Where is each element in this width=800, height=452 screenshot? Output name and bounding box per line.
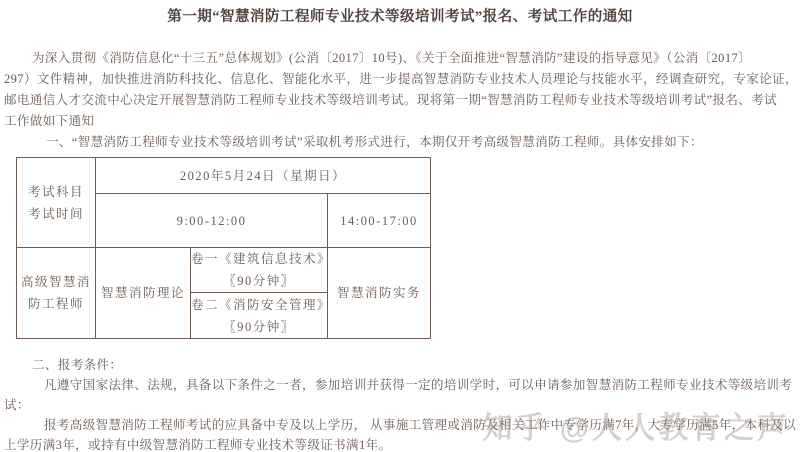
level-line-2: 防工程师 [17,293,95,315]
paper1-cell: 卷一《建筑信息技术》 〖90分钟〗 [191,248,328,293]
intro-line-2: 297）文件精神，加快推进消防科技化、信息化、智能化水平，进一步提高智慧消防专业… [4,69,796,90]
intro-line-5: 一、“智慧消防工程师专业技术等级培训考试”采取机考形式进行，本期仅开考高级智慧消… [4,132,796,153]
notice-title: 第一期“智慧消防工程师专业技术等级培训考试”报名、考试工作的通知 [4,8,796,26]
header-subject-label: 考试科目 [17,181,95,203]
morning-session-cell: 9:00-12:00 [96,194,328,248]
intro-line-3: 邮电通信人才交流中心决定开展智慧消防工程师专业技术等级培训考试。现将第一期“智慧… [4,90,796,111]
notice-document: 第一期“智慧消防工程师专业技术等级培训考试”报名、考试工作的通知 为深入贯彻《消… [0,0,800,452]
intro-line-1: 为深入贯彻《消防信息化“十三五”总体规划》(公消〔2017〕10号)、《关于全面… [4,48,796,69]
table-header-subject-time: 考试科目 考试时间 [17,158,96,248]
intro-paragraph: 为深入贯彻《消防信息化“十三五”总体规划》(公消〔2017〕10号)、《关于全面… [4,48,796,153]
header-time-label: 考试时间 [17,203,95,225]
zhihu-watermark: 知乎 @人人教育之声 [482,403,790,447]
morning-subject-cell: 智慧消防理论 [96,248,191,339]
paper2-title: 卷二《消防安全管理》 [191,294,327,316]
intro-line-4: 工作做如下通知 [4,111,796,132]
level-line-1: 高级智慧消 [17,271,95,293]
exam-date-cell: 2020年5月24日（星期日） [96,158,431,194]
exam-schedule-table: 考试科目 考试时间 2020年5月24日（星期日） 9:00-12:00 14:… [16,157,431,339]
requirements-heading: 二、报考条件： [4,355,796,375]
requirements-line-2: 凡遵守国家法律、法规，具备以下条件之一者，参加培训并获得一定的培训学时，可以申请… [4,375,796,395]
paper2-duration: 〖90分钟〗 [191,316,327,338]
exam-level-cell: 高级智慧消 防工程师 [17,248,96,339]
afternoon-session-cell: 14:00-17:00 [328,194,431,248]
paper1-duration: 〖90分钟〗 [191,270,327,292]
afternoon-subject-cell: 智慧消防实务 [328,248,431,339]
paper2-cell: 卷二《消防安全管理》 〖90分钟〗 [191,293,328,339]
paper1-title: 卷一《建筑信息技术》 [191,248,327,270]
